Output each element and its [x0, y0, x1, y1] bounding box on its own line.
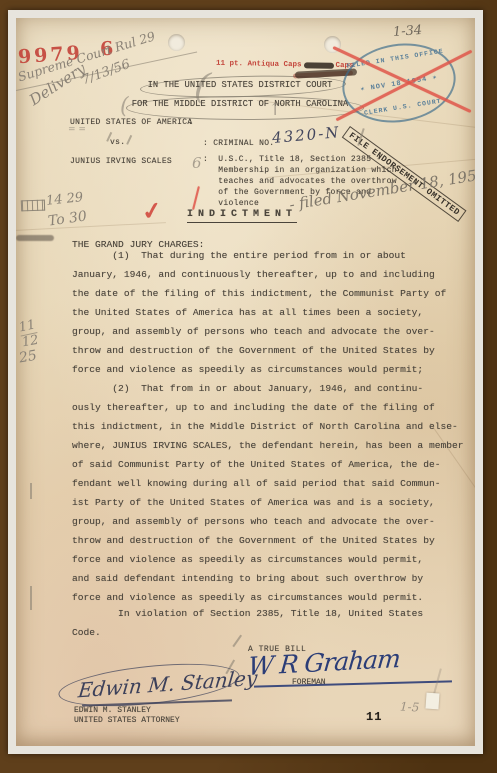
- red-check-mark: ✓: [140, 196, 164, 228]
- pencil-equals: = =: [68, 125, 86, 135]
- caption-vs: vs.: [110, 138, 125, 147]
- pencil-paren: (: [120, 94, 129, 119]
- criminal-no-label: : CRIMINAL NO.: [203, 139, 274, 148]
- top-right-note: 1-34: [393, 23, 423, 40]
- indictment-paragraph-1: (1) That during the entire period from i…: [72, 246, 475, 379]
- margin-note-1: 14 29: [45, 190, 84, 209]
- redaction-mark: [303, 62, 333, 69]
- filed-oval-stamp: FILED IN THIS OFFICE ✶ NOV 18 1954 ✶ CLE…: [337, 36, 462, 131]
- typesetter-note-left: 11 pt. Antiqua Caps: [216, 60, 302, 69]
- photographed-document: 9979 6 Supreme Court Rul 29 7/13/56 Deli…: [8, 10, 483, 754]
- pencil-arrow-up: ↑: [268, 100, 282, 120]
- pencil-grid-doodle: [21, 200, 45, 212]
- pencil-six: 6: [192, 154, 202, 172]
- violation-clause: In violation of Section 2385, Title 18, …: [72, 604, 475, 642]
- court-title-line2: FOR THE MIDDLE DISTRICT OF NORTH CAROLIN…: [112, 99, 368, 109]
- red-stroke: [192, 186, 200, 210]
- caption-plaintiff: UNITED STATES OF AMERICA: [70, 118, 192, 127]
- archival-scan-page: { "stamps": { "docket_number": "9979", "…: [0, 0, 497, 773]
- document-title: INDICTMENT: [187, 209, 297, 223]
- bottom-right-pencil-note: 1-5: [400, 700, 420, 715]
- punch-hole: [168, 34, 185, 51]
- court-title-line1: IN THE UNITED STATES DISTRICT COURT: [112, 80, 368, 90]
- caption-defendant: JUNIUS IRVING SCALES: [70, 157, 172, 166]
- attorney-typed-title: UNITED STATES ATTORNEY: [74, 716, 180, 725]
- indictment-paper: 9979 6 Supreme Court Rul 29 7/13/56 Deli…: [16, 18, 475, 746]
- pencil-stroke: [30, 586, 32, 610]
- margin-fraction-25: 25: [18, 348, 38, 367]
- pencil-slash: [126, 135, 132, 145]
- indictment-paragraph-2: (2) That from in or about January, 1946,…: [72, 379, 475, 607]
- attorney-typed-name: EDWIN M. STANLEY: [74, 706, 151, 715]
- filed-stamp-date: ✶ NOV 18 1954 ✶: [346, 70, 452, 95]
- pencil-smudge: [16, 235, 54, 241]
- page-number: 11: [366, 710, 382, 724]
- pencil-stroke: [30, 483, 32, 499]
- signature-underline: [254, 680, 452, 687]
- caption-colon: :: [188, 118, 193, 127]
- criminal-no-handwritten: 4320-N: [271, 123, 341, 147]
- paper-sticker: [425, 693, 439, 710]
